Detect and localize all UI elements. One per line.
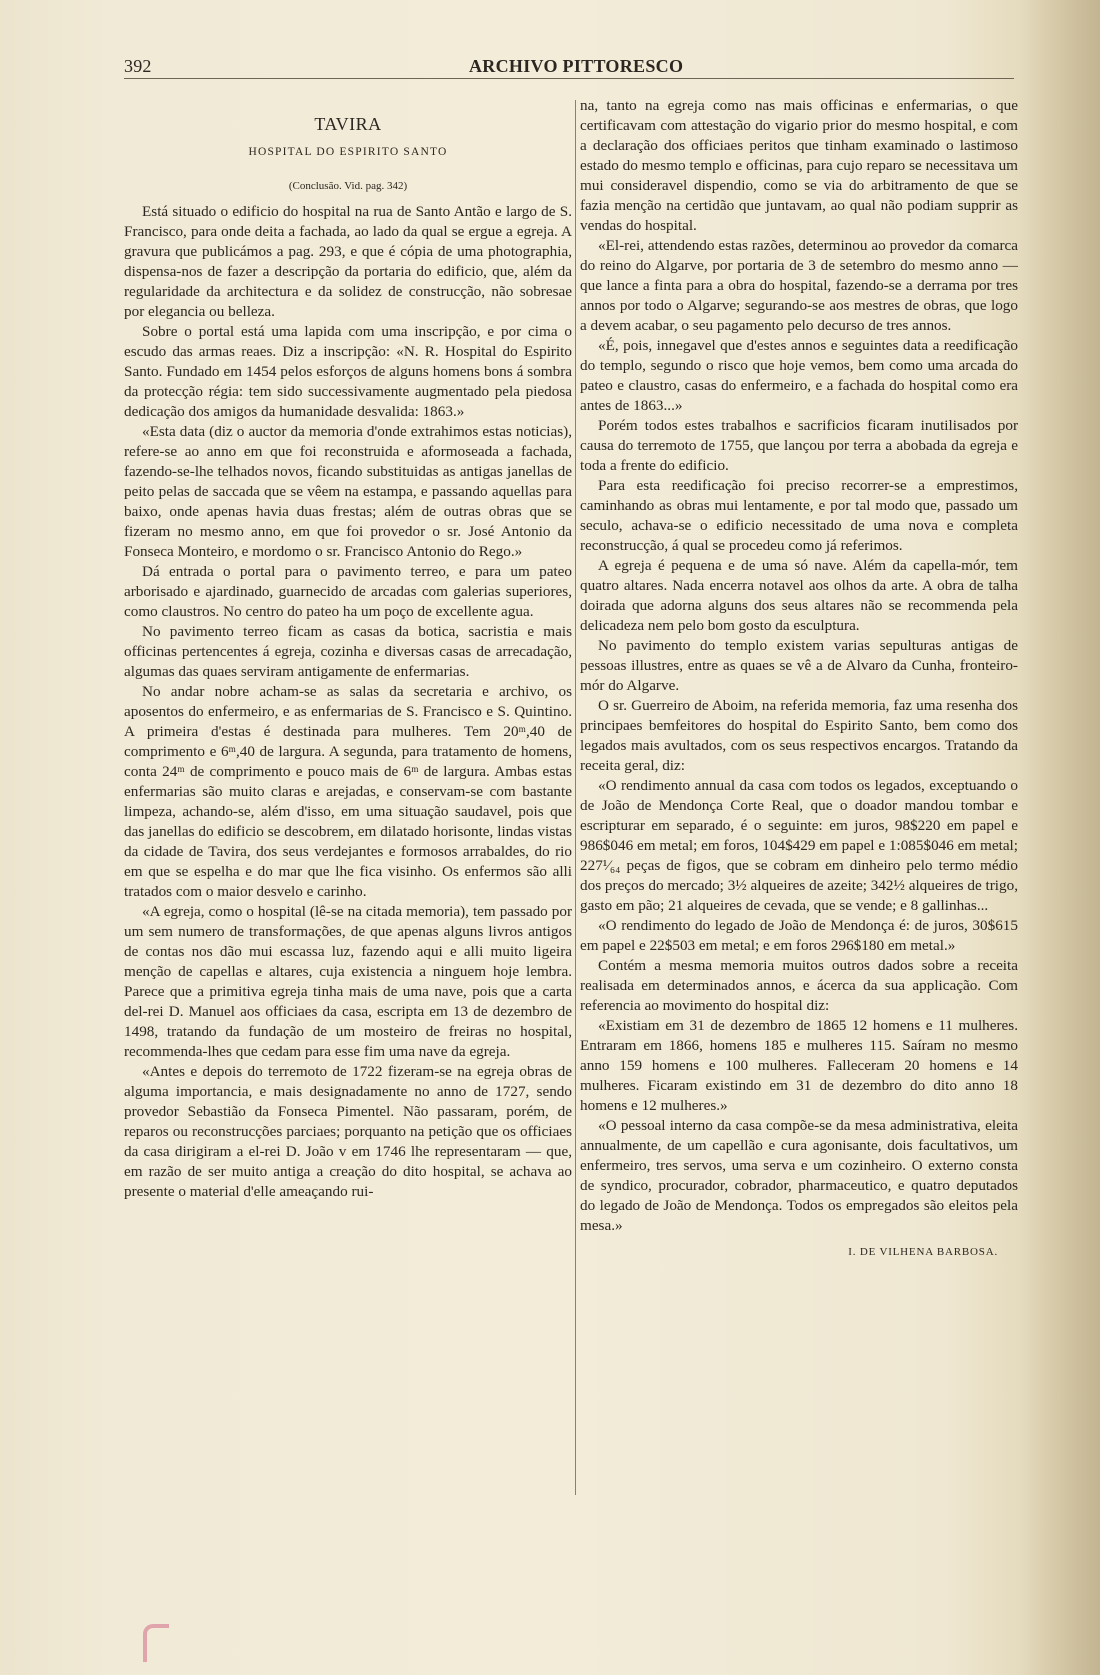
continuation-note: (Conclusão. Vid. pag. 342) <box>124 176 572 196</box>
article-title: TAVIRA <box>124 114 572 134</box>
article-subtitle: HOSPITAL DO ESPIRITO SANTO <box>124 142 572 162</box>
paragraph: A egreja é pequena e de uma só nave. Alé… <box>580 556 1018 636</box>
page-header: 392 ARCHIVO PITTORESCO <box>124 50 1014 80</box>
paragraph: «O rendimento do legado de João de Mendo… <box>580 916 1018 956</box>
paragraph: Para esta reedificação foi preciso recor… <box>580 476 1018 556</box>
paragraph: na, tanto na egreja como nas mais offici… <box>580 96 1018 236</box>
paragraph: «O pessoal interno da casa compõe-se da … <box>580 1116 1018 1236</box>
paragraph: Sobre o portal está uma lapida com uma i… <box>124 322 572 422</box>
paragraph: Porém todos estes trabalhos e sacrificio… <box>580 416 1018 476</box>
paragraph: «O rendimento annual da casa com todos o… <box>580 776 1018 916</box>
page-edge-shadow <box>1020 0 1100 1675</box>
page-number: 392 <box>124 56 152 77</box>
author-signature: I. DE VILHENA BARBOSA. <box>580 1242 1018 1262</box>
left-column: TAVIRA HOSPITAL DO ESPIRITO SANTO (Concl… <box>124 92 572 1202</box>
scanned-page: 392 ARCHIVO PITTORESCO TAVIRA HOSPITAL D… <box>0 0 1100 1675</box>
paragraph: O sr. Guerreiro de Aboim, na referida me… <box>580 696 1018 776</box>
header-rule <box>124 78 1014 79</box>
right-column: na, tanto na egreja como nas mais offici… <box>580 96 1018 1262</box>
paragraph: «Existiam em 31 de dezembro de 1865 12 h… <box>580 1016 1018 1116</box>
paragraph: No pavimento terreo ficam as casas da bo… <box>124 622 572 682</box>
paragraph: No andar nobre acham-se as salas da secr… <box>124 682 572 902</box>
paragraph: «Esta data (diz o auctor da memoria d'on… <box>124 422 572 562</box>
paragraph: No pavimento do templo existem varias se… <box>580 636 1018 696</box>
running-title: ARCHIVO PITTORESCO <box>469 56 683 77</box>
paragraph: Está situado o edificio do hospital na r… <box>124 202 572 322</box>
paragraph: Dá entrada o portal para o pavimento ter… <box>124 562 572 622</box>
paragraph: «El-rei, attendendo estas razões, determ… <box>580 236 1018 336</box>
column-divider <box>575 100 576 1495</box>
paragraph: «A egreja, como o hospital (lê-se na cit… <box>124 902 572 1062</box>
paragraph: Contém a mesma memoria muitos outros dad… <box>580 956 1018 1016</box>
paragraph: «Antes e depois do terremoto de 1722 fiz… <box>124 1062 572 1202</box>
ink-stain-mark <box>143 1624 169 1662</box>
paragraph: «É, pois, innegavel que d'estes annos e … <box>580 336 1018 416</box>
